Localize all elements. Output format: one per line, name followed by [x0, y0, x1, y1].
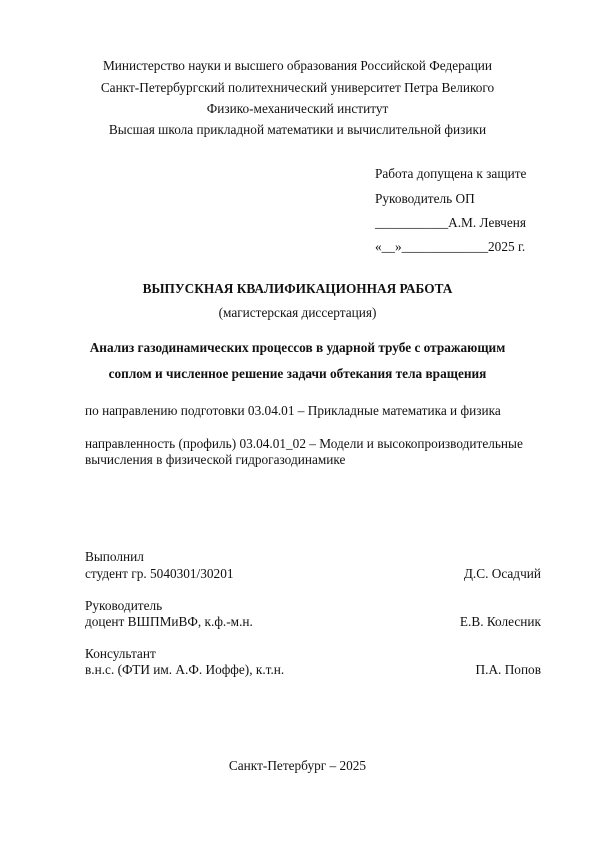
- work-type-heading: ВЫПУСКНАЯ КВАЛИФИКАЦИОННАЯ РАБОТА: [0, 281, 595, 297]
- approval-head: Руководитель ОП: [375, 191, 475, 207]
- signature-name: П.А. Попов: [476, 662, 541, 678]
- institute-line: Физико-механический институт: [0, 101, 595, 117]
- signature-name: Д.С. Осадчий: [464, 566, 541, 582]
- signature-position: доцент ВШПМиВФ, к.ф.-м.н.: [85, 614, 253, 630]
- signature-role: Выполнил: [85, 549, 144, 565]
- approval-signature: ___________А.М. Левченя: [375, 215, 526, 231]
- city-year: Санкт-Петербург – 2025: [0, 758, 595, 774]
- signature-position: студент гр. 5040301/30201: [85, 566, 234, 582]
- direction-line: по направлению подготовки 03.04.01 – При…: [85, 403, 501, 419]
- school-line: Высшая школа прикладной математики и выч…: [0, 122, 595, 138]
- signature-name: Е.В. Колесник: [460, 614, 541, 630]
- profile-line-1: направленность (профиль) 03.04.01_02 – М…: [85, 436, 523, 452]
- signature-position: в.н.с. (ФТИ им. А.Ф. Иоффе), к.т.н.: [85, 662, 284, 678]
- approval-date: «__»_____________2025 г.: [375, 239, 525, 255]
- topic-line-1: Анализ газодинамических процессов в удар…: [0, 340, 595, 356]
- approval-admitted: Работа допущена к защите: [375, 166, 526, 182]
- signature-role: Консультант: [85, 646, 156, 662]
- ministry-line: Министерство науки и высшего образования…: [0, 58, 595, 74]
- work-subtype: (магистерская диссертация): [0, 305, 595, 321]
- topic-line-2: соплом и численное решение задачи обтека…: [0, 366, 595, 382]
- signature-role: Руководитель: [85, 598, 162, 614]
- university-line: Санкт-Петербургский политехнический унив…: [0, 80, 595, 96]
- profile-line-2: вычисления в физической гидрогазодинамик…: [85, 452, 345, 468]
